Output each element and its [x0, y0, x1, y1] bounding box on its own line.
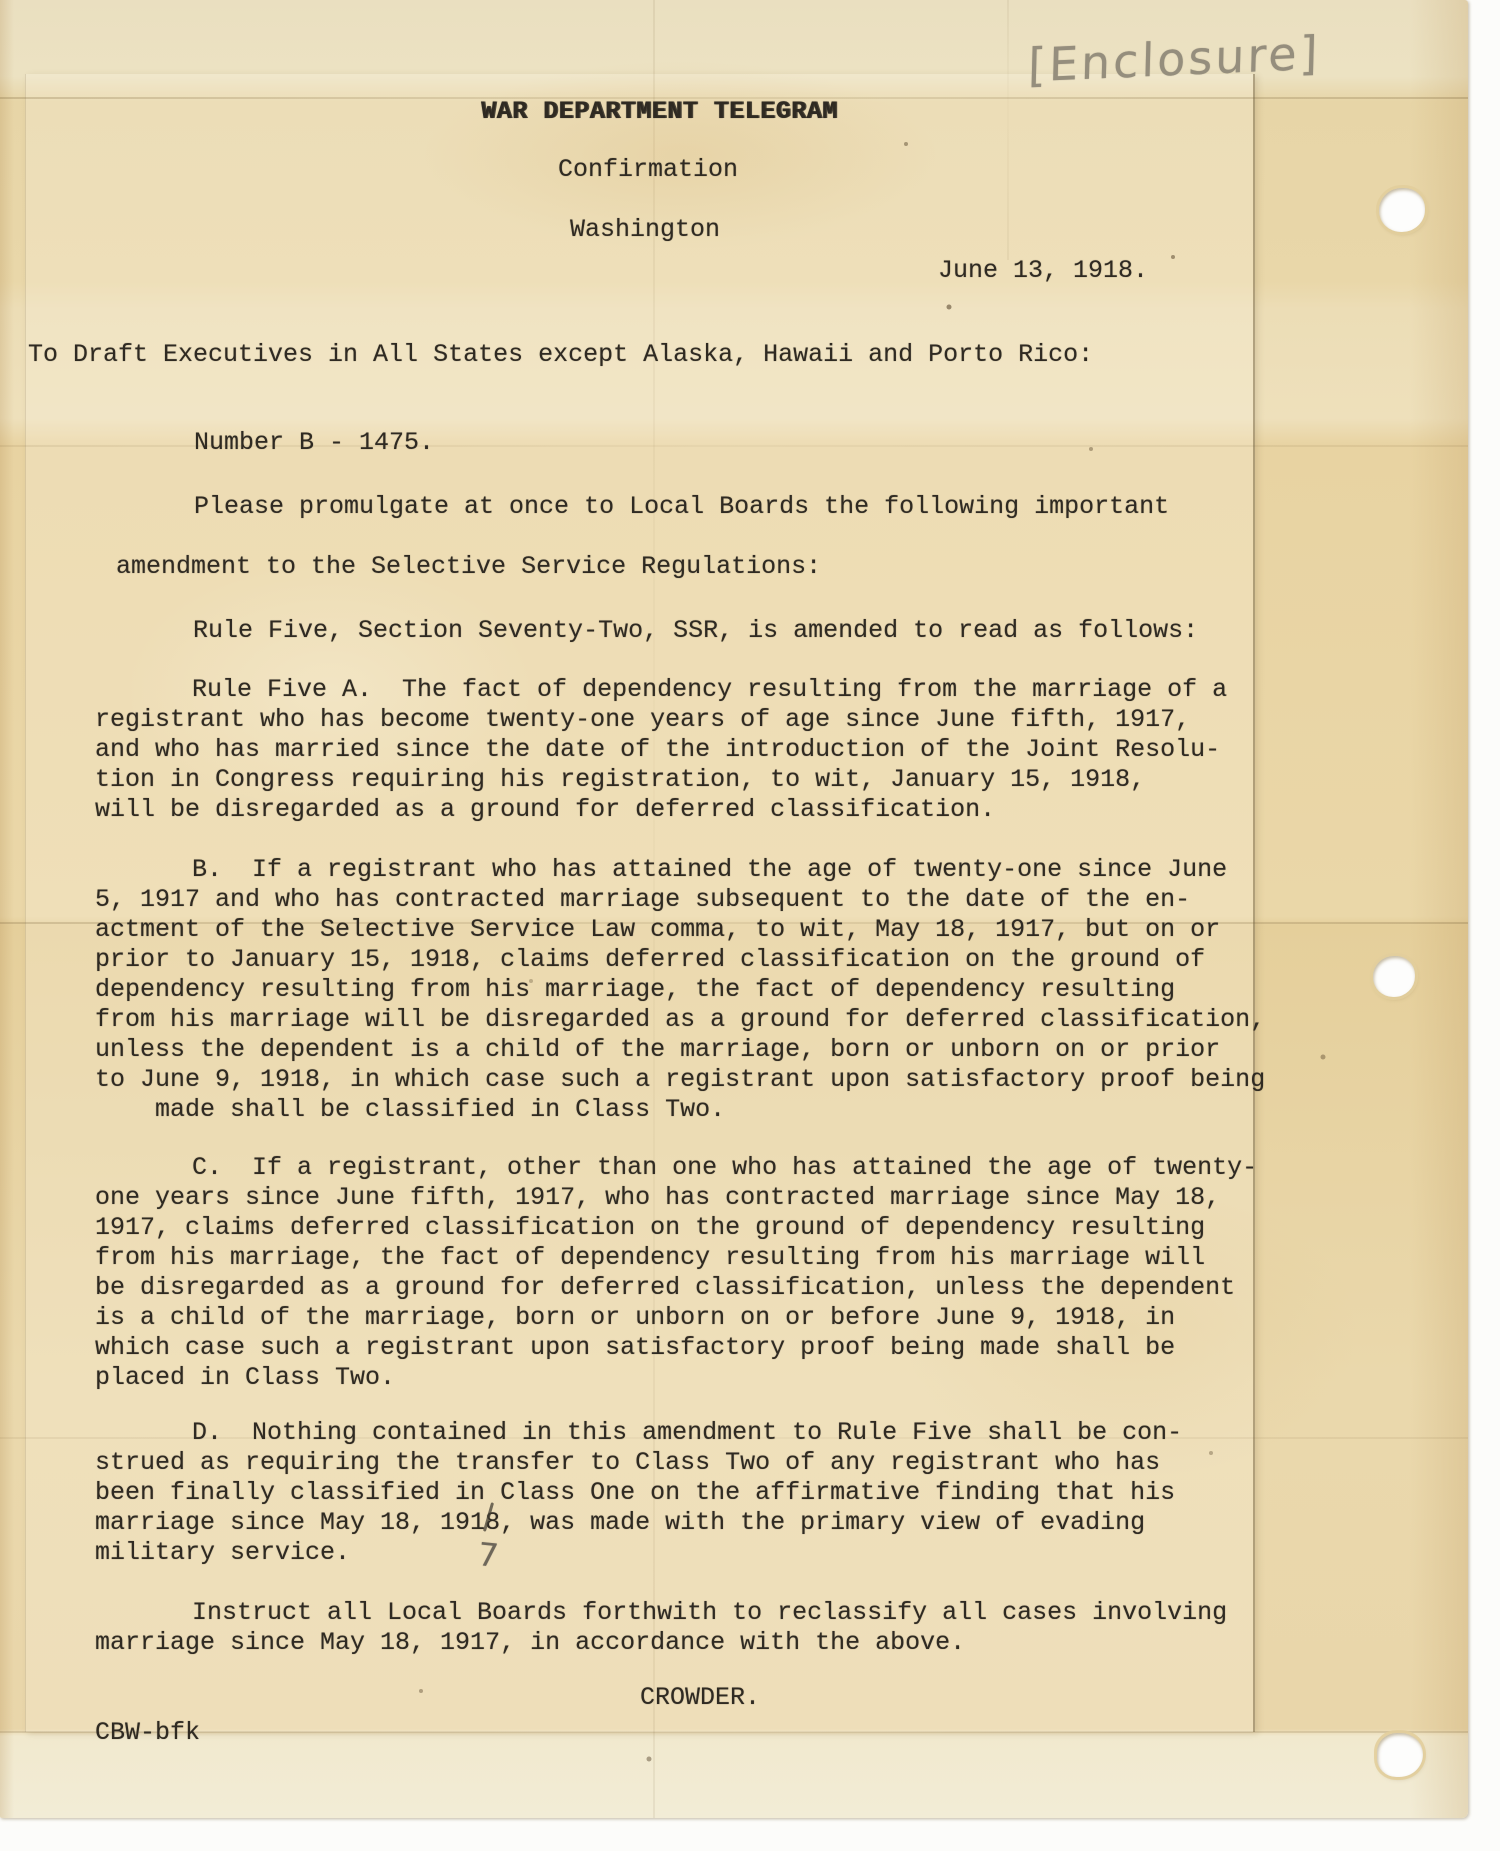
header-confirmation: Confirmation — [558, 155, 738, 185]
fold-crease-vertical — [1007, 0, 1009, 260]
closing-paragraph: Instruct all Local Boards forthwith to r… — [95, 1598, 1305, 1658]
rule-five-b-paragraph: B. If a registrant who has attained the … — [95, 855, 1305, 1125]
rule-five-c-paragraph: C. If a registrant, other than one who h… — [95, 1153, 1305, 1393]
rule-five-d-paragraph: D. Nothing contained in this amendment t… — [95, 1418, 1305, 1568]
header-location: Washington — [570, 215, 720, 245]
enclosure-annotation: [Enclosure] — [1027, 26, 1321, 93]
rule-five-a-paragraph: Rule Five A. The fact of dependency resu… — [95, 675, 1305, 825]
fold-crease — [0, 1731, 1468, 1733]
intro-line-1: Please promulgate at once to Local Board… — [194, 492, 1169, 522]
intro-line-2: amendment to the Selective Service Regul… — [116, 552, 821, 582]
backing-paper: [Enclosure] WAR DEPARTMENT TELEGRAM Conf… — [0, 0, 1468, 1818]
scanned-document-canvas: [Enclosure] WAR DEPARTMENT TELEGRAM Conf… — [0, 0, 1500, 1851]
typist-initials: CBW-bfk — [95, 1718, 200, 1748]
telegram-number-line: Number B - 1475. — [194, 428, 434, 458]
signature: CROWDER. — [640, 1683, 760, 1713]
punch-hole — [1377, 1733, 1423, 1777]
amendment-lead-line: Rule Five, Section Seventy-Two, SSR, is … — [193, 616, 1198, 646]
paper-specks — [0, 0, 2, 2]
punch-hole — [1373, 956, 1415, 997]
date-correction-pencil: 7 — [476, 1535, 500, 1575]
salutation-line: To Draft Executives in All States except… — [28, 340, 1093, 370]
document-title: WAR DEPARTMENT TELEGRAM — [481, 97, 838, 127]
header-date: June 13, 1918. — [938, 256, 1148, 286]
punch-hole — [1379, 188, 1425, 232]
